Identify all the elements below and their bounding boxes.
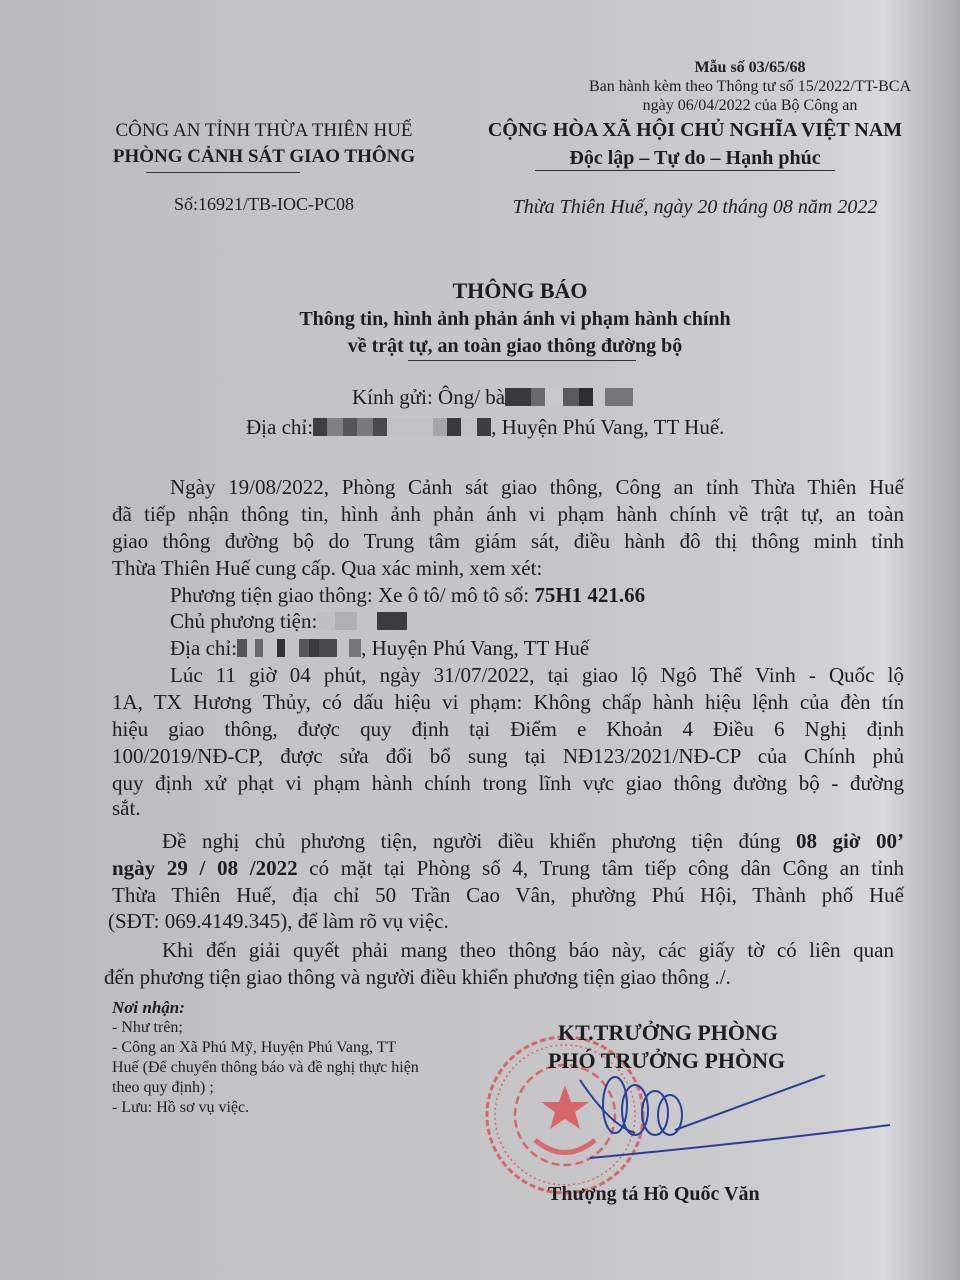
license-plate: 75H1 421.66 — [534, 583, 645, 607]
paragraph1-line: đã tiếp nhận thông tin, hình ảnh phản án… — [112, 501, 904, 528]
nation-motto: Độc lập – Tự do – Hạnh phúc — [455, 144, 935, 172]
nation-line1: CỘNG HÒA XÃ HỘI CHỦ NGHĨA VIỆT NAM — [455, 116, 935, 144]
paragraph3-line: Đề nghị chủ phương tiện, người điều khiể… — [162, 828, 904, 855]
agency-line2: PHÒNG CẢNH SÁT GIAO THÔNG — [84, 144, 444, 170]
agency-line1: CÔNG AN TỈNH THỪA THIÊN HUẾ — [84, 118, 444, 144]
paragraph1-line: Ngày 19/08/2022, Phòng Cảnh sát giao thô… — [170, 474, 904, 501]
owner-address: Địa chỉ:, Huyện Phú Vang, TT Huế — [170, 635, 589, 662]
greeting: Kính gửi: Ông/ bà — [352, 384, 633, 411]
addressee-address: Địa chỉ:, Huyện Phú Vang, TT Huế. — [246, 414, 724, 441]
owner-label: Chủ phương tiện: — [170, 609, 317, 633]
recipient-item: Huế (Để chuyển thông báo và đề nghị thực… — [112, 1058, 419, 1078]
paragraph2-line: 1A, TX Hương Thủy, có dấu hiệu vi phạm: … — [112, 689, 904, 716]
recipient-item: - Công an Xã Phú Mỹ, Huyện Phú Vang, TT — [112, 1038, 419, 1058]
appointment-time: 08 giờ 00’ — [796, 829, 904, 853]
agency-underline — [146, 172, 300, 173]
owner-address-prefix: Địa chỉ: — [170, 636, 237, 660]
p3-text: có mặt tại Phòng số 4, Trung tâm tiếp cô… — [298, 856, 904, 880]
address-prefix: Địa chỉ: — [246, 415, 313, 439]
recipients-heading: Nơi nhận: — [112, 998, 419, 1018]
handwritten-signature-icon — [570, 1075, 930, 1165]
document-subtitle: Thông tin, hình ảnh phản ánh vi phạm hàn… — [210, 306, 820, 360]
redacted-owner-address — [237, 637, 361, 655]
redacted-address — [313, 416, 491, 434]
paragraph2-line: quy định xử phạt vi phạm hành chính tron… — [112, 770, 904, 797]
form-number: Mẫu số 03/65/68 — [560, 58, 940, 77]
redacted-owner — [317, 610, 407, 628]
p3-text: Đề nghị chủ phương tiện, người điều khiể… — [162, 829, 796, 853]
paragraph4-line: đến phương tiện giao thông và người điều… — [104, 964, 731, 991]
form-issued-with: Ban hành kèm theo Thông tư số 15/2022/TT… — [560, 77, 940, 96]
form-issued-date: ngày 06/04/2022 của Bộ Công an — [560, 96, 940, 115]
signature-title1: KT.TRƯỞNG PHÒNG — [558, 1020, 778, 1046]
paragraph2-line: sắt. — [112, 795, 141, 822]
paragraph3-line: (SĐT: 069.4149.345), để làm rõ vụ việc. — [108, 908, 449, 935]
document-title: THÔNG BÁO — [240, 278, 800, 304]
address-suffix: , Huyện Phú Vang, TT Huế. — [491, 415, 724, 439]
nation-underline — [535, 170, 835, 171]
paragraph1-line: Thừa Thiên Huế cung cấp. Qua xác minh, x… — [112, 555, 542, 582]
owner-info: Chủ phương tiện: — [170, 608, 407, 635]
paragraph1-line: giao thông đường bộ do Trung tâm giám sá… — [112, 528, 904, 555]
subtitle-line2: về trật tự, an toàn giao thông đường bộ — [210, 333, 820, 360]
recipient-item: - Lưu: Hồ sơ vụ việc. — [112, 1098, 419, 1118]
recipient-item: theo quy định) ; — [112, 1078, 419, 1098]
place-date: Thừa Thiên Huế, ngày 20 tháng 08 năm 202… — [455, 196, 935, 219]
signer-name: Thượng tá Hồ Quốc Văn — [548, 1183, 760, 1206]
paragraph4-line: Khi đến giải quyết phải mang theo thông … — [162, 937, 894, 964]
nation-header: CỘNG HÒA XÃ HỘI CHỦ NGHĨA VIỆT NAM Độc l… — [455, 116, 935, 172]
redacted-name — [505, 386, 633, 404]
document-number: Số:16921/TB-IOC-PC08 — [84, 194, 444, 215]
vehicle-info: Phương tiện giao thông: Xe ô tô/ mô tô s… — [170, 582, 645, 609]
paragraph2-line: hiệu giao thông, được quy định tại Điểm … — [112, 716, 904, 743]
paragraph2-line: Lúc 11 giờ 04 phút, ngày 31/07/2022, tại… — [170, 662, 904, 689]
paragraph2-line: 100/2019/NĐ-CP, được sửa đổi bổ sung tại… — [112, 743, 904, 770]
recipient-item: - Như trên; — [112, 1018, 419, 1038]
recipients: Nơi nhận: - Như trên; - Công an Xã Phú M… — [112, 998, 419, 1118]
greeting-prefix: Kính gửi: Ông/ bà — [352, 385, 505, 409]
subtitle-underline — [408, 360, 636, 361]
subtitle-line1: Thông tin, hình ảnh phản ánh vi phạm hàn… — [210, 306, 820, 333]
owner-address-suffix: , Huyện Phú Vang, TT Huế — [361, 636, 589, 660]
agency-header: CÔNG AN TỈNH THỪA THIÊN HUẾ PHÒNG CẢNH S… — [84, 118, 444, 170]
appointment-date: ngày 29 / 08 /2022 — [112, 856, 298, 880]
vehicle-label: Phương tiện giao thông: Xe ô tô/ mô tô s… — [170, 583, 534, 607]
paragraph3-line: ngày 29 / 08 /2022 có mặt tại Phòng số 4… — [112, 855, 904, 882]
signature-title2: PHÓ TRƯỞNG PHÒNG — [548, 1048, 785, 1074]
paragraph3-line: Thừa Thiên Huế, địa chỉ 50 Trần Cao Vân,… — [112, 882, 904, 909]
form-meta: Mẫu số 03/65/68 Ban hành kèm theo Thông … — [560, 58, 940, 115]
